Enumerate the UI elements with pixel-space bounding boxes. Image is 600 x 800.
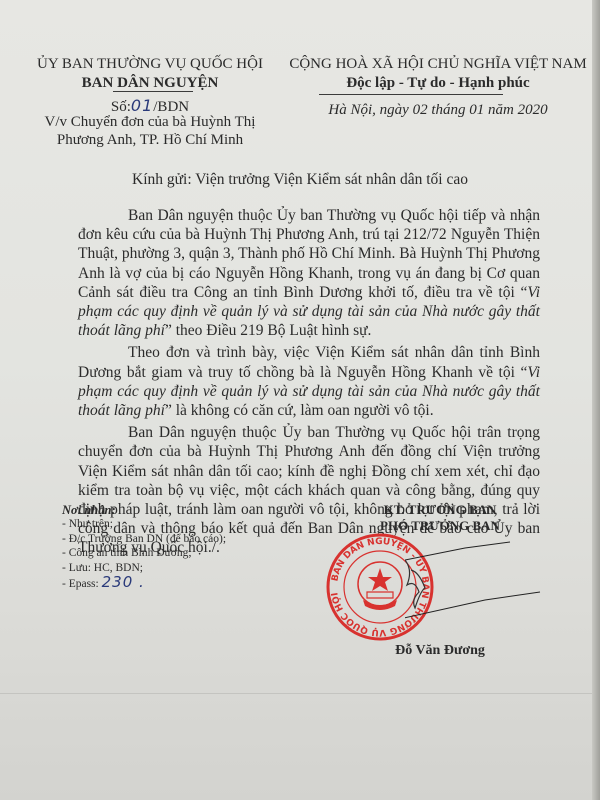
number-suffix: /BDN <box>153 99 189 115</box>
signature-title-1: KT. TRƯỞNG BAN <box>340 502 540 518</box>
motto-underline <box>319 94 503 95</box>
number-handwritten: 01 <box>131 96 153 115</box>
org-name: BAN DÂN NGUYỆN <box>0 75 300 92</box>
recipient-item: - Như trên; <box>62 517 226 531</box>
paper-fold-line <box>0 693 592 694</box>
org-underline <box>113 91 193 92</box>
paper-edge <box>592 0 600 800</box>
subject-line-1: V/v Chuyển đơn của bà Huỳnh Thị <box>0 114 300 131</box>
number-prefix: Số: <box>111 99 131 115</box>
paragraph-1: Ban Dân nguyện thuộc Ủy ban Thường vụ Qu… <box>78 206 540 340</box>
recipients-block: Nơi nhận: - Như trên; - Đ/c Trưởng Ban D… <box>62 503 226 591</box>
place-date: Hà Nội, ngày 02 tháng 01 năm 2020 <box>276 102 600 119</box>
nation-title: CỘNG HOÀ XÃ HỘI CHỦ NGHĨA VIỆT NAM <box>276 56 600 73</box>
document-page: ỦY BAN THƯỜNG VỤ QUỐC HỘI BAN DÂN NGUYỆN… <box>0 0 592 800</box>
subject-line-2: Phương Anh, TP. Hồ Chí Minh <box>0 132 300 149</box>
recipient-item: - Công an tỉnh Bình Dương; <box>62 546 226 560</box>
motto: Độc lập - Tự do - Hạnh phúc <box>276 75 600 92</box>
recipient-item: - Epass: 230 . <box>62 575 226 591</box>
recipients-title: Nơi nhận: <box>62 503 226 517</box>
epass-handwritten: 230 . <box>102 573 145 591</box>
paragraph-2: Theo đơn và trình bày, việc Viện Kiểm sá… <box>78 343 540 420</box>
recipient-item: - Đ/c Trưởng Ban DN (để báo cáo); <box>62 532 226 546</box>
addressee: Kính gửi: Viện trưởng Viện Kiểm sát nhân… <box>0 171 600 189</box>
org-parent: ỦY BAN THƯỜNG VỤ QUỐC HỘI <box>0 56 300 73</box>
signer-name: Đỗ Văn Đương <box>340 643 540 659</box>
handwritten-signature <box>405 530 575 630</box>
document-number: Số:01/BDN <box>0 96 300 116</box>
